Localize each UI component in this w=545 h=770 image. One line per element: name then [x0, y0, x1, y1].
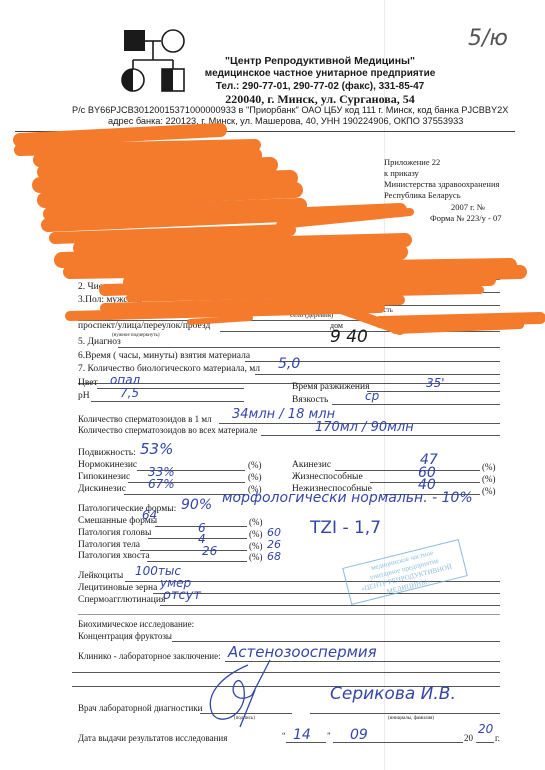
- redaction-scribble: [0, 0, 545, 770]
